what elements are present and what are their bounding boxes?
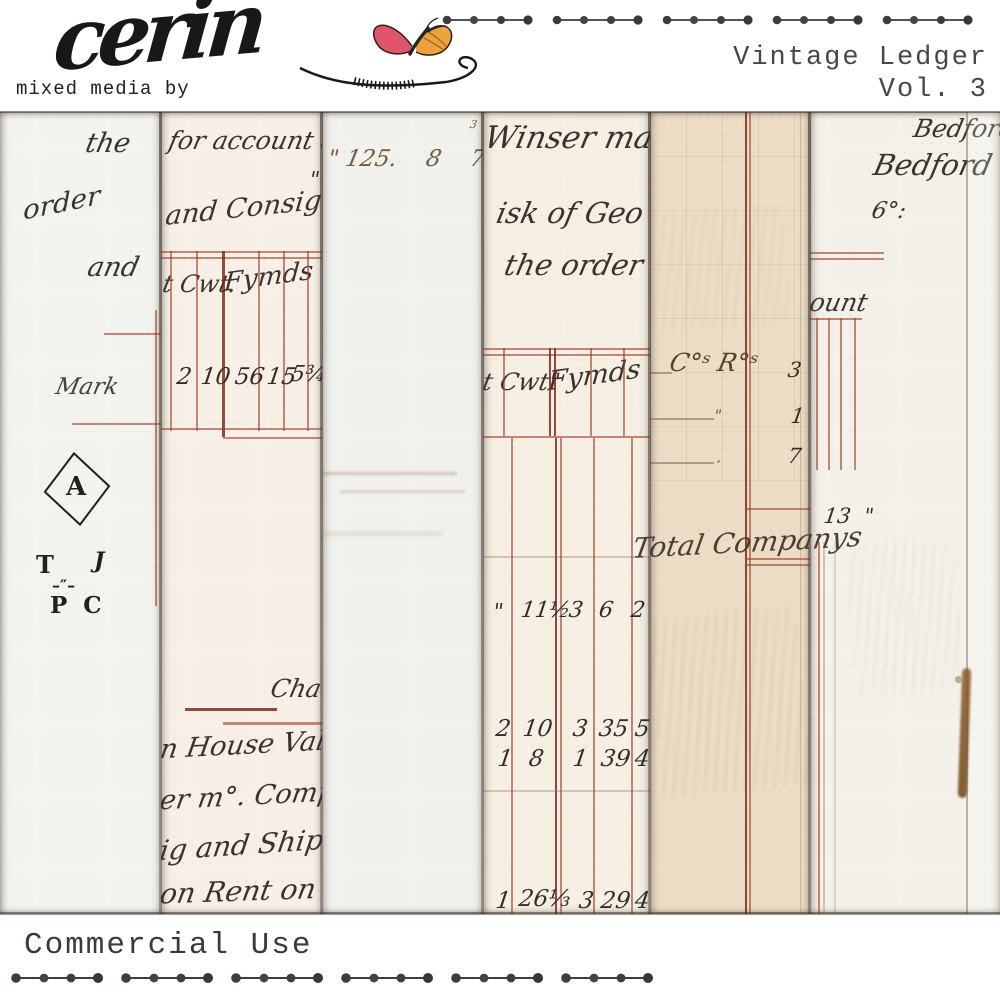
strip-gap [808,112,811,914]
handwriting-fragment: Mark [53,374,121,400]
red-rule [185,708,277,711]
shipping-mark-letter: J [94,548,104,574]
ledger-strip-6: Bedford Bedford 6°: ount 13 " [810,112,1000,914]
faint-rule [483,556,650,558]
strip-gap [159,112,162,914]
strip-gap [481,112,484,914]
red-rule [816,318,818,470]
ledger-number: 2 [494,716,512,742]
dotted-divider-top [440,12,988,28]
ledger-number: 2 [629,598,647,623]
ledger-number: 3 [567,598,585,623]
faint-rule [483,790,650,792]
handwriting-fragment: C°ˢ R°ˢ [667,348,761,377]
ledger-strip-1: the order and Mark A T J –″– P C [0,112,161,914]
handwriting-fragment: 6°: [869,198,908,224]
red-rule [196,251,198,431]
strip-gap [320,112,323,914]
smudge-line [340,490,465,493]
red-rule [511,438,513,914]
ledger-number: 39 [599,746,632,772]
shipping-mark-letter: T [36,550,54,579]
smudge-line [322,532,442,536]
handwriting-fragment: Cha [268,674,322,703]
red-rule [593,438,595,914]
brown-rule [650,462,714,464]
ledger-number: 35 [597,716,630,742]
red-rule [223,722,322,725]
red-rule [840,318,842,470]
red-rule [554,348,556,436]
ledger-strip-4: Winser ma isk of Geo the order t Cwt" Fy… [483,112,650,914]
ledger-number: 8 [527,746,545,772]
ink-bleed [844,537,967,696]
flourish-swash [300,68,446,86]
handwriting-fragment: ount [810,288,870,317]
collage-bottom-edge [0,912,1000,915]
ledger-paper-collage: the order and Mark A T J –″– P C for acc… [0,112,1000,914]
handwriting-fragment: the order [501,248,646,282]
red-rule [818,542,820,914]
ink-bleed [654,204,792,333]
ledger-number: 29 [599,888,632,914]
column-header: Fymds [547,354,642,397]
red-rule [503,348,505,436]
handwriting-fragment: and Consign [164,183,322,232]
ledger-number: 1 [789,404,806,428]
ledger-number: 3 [571,716,589,742]
ledger-strip-3: " 125. 8 7 3 [322,112,483,914]
red-rule [810,258,884,260]
red-rule [590,348,592,436]
brand-tagline: mixed media by [16,78,190,100]
red-rule [307,251,309,431]
ledger-number: 10 [199,364,232,390]
ledger-number: 26⅓ [517,886,572,912]
handwriting-fragment: n House Val [161,726,322,766]
ledger-number: 1 [571,746,589,772]
red-rule [223,437,322,439]
ledger-number: 1 [494,888,512,914]
handwriting-fragment: " 125. 8 7 [325,146,483,172]
handwriting-fragment: for account an [166,126,322,155]
red-rule [161,428,322,430]
ledger-strip-2: for account an " and Consign t Cwt. Fymd… [161,112,322,914]
handwriting-fragment: ig and Shipp [161,822,322,867]
ledger-number: 2 [175,364,193,390]
product-title: Vintage Ledger [733,42,988,74]
red-rule [828,318,830,470]
ledger-grid-bleed [650,112,810,481]
ledger-number: 6 [597,598,615,623]
handwriting-fragment: on Rent on Ca [161,870,322,910]
handwriting-fragment: " [712,406,723,425]
paper-seam-light [968,112,1000,914]
collage-top-edge [0,111,1000,113]
red-rule [631,438,633,914]
red-rule [810,252,884,254]
rust-stain-dot [955,676,962,683]
red-rule [823,542,825,914]
red-rule [155,310,157,606]
smudge-line [322,472,457,475]
ledger-strip-5: C°ˢ R°ˢ 3 " 1 · 7 [650,112,810,914]
handwriting-fragment: er m°. Compan [161,775,322,817]
red-rule [161,251,322,253]
red-rule [72,423,161,425]
red-rule [549,348,551,436]
shipping-mark-letter: A [66,472,86,502]
ledger-number: 56 [233,364,266,390]
handwriting-fragment: · [714,452,723,471]
red-rule [258,251,260,431]
ledger-number: " [491,600,505,625]
red-rule [745,112,747,914]
product-title-block: Vintage Ledger Vol. 3 [733,42,988,106]
red-rule [747,564,810,566]
red-rule [623,348,625,436]
brand-script-logo: cerin [50,0,265,91]
red-rule [854,318,856,470]
handwriting-fragment: isk of Geo [493,196,646,230]
handwriting-fragment: order [23,181,100,227]
ledger-number: 5¾ [289,362,322,387]
license-label: Commercial Use [24,928,312,963]
brown-rule [650,418,714,420]
red-rule [104,333,161,335]
red-rule [749,112,751,914]
ledger-number: 11½ [519,598,572,623]
ink-bleed [650,605,810,800]
handwriting-fragment: 3 [469,118,479,131]
red-rule [170,251,172,431]
red-rule [283,251,285,431]
red-rule [483,436,650,438]
faint-rule [800,112,801,914]
red-rule [745,508,810,510]
product-volume: Vol. 3 [733,74,988,106]
red-rule [560,438,562,914]
red-rule [834,542,836,914]
dotted-divider-bottom [8,969,670,987]
handwriting-fragment: the [83,128,134,159]
handwriting-fragment: and [85,252,142,283]
handwriting-fragment: Winser ma [483,120,650,156]
shipping-mark-letters: P C [50,592,106,619]
column-header: Fymds [223,256,314,298]
red-rule [222,251,225,437]
ledger-number: 10 [521,716,554,742]
brown-rule [650,372,672,374]
red-rule [555,438,557,914]
strip-gap [648,112,651,914]
